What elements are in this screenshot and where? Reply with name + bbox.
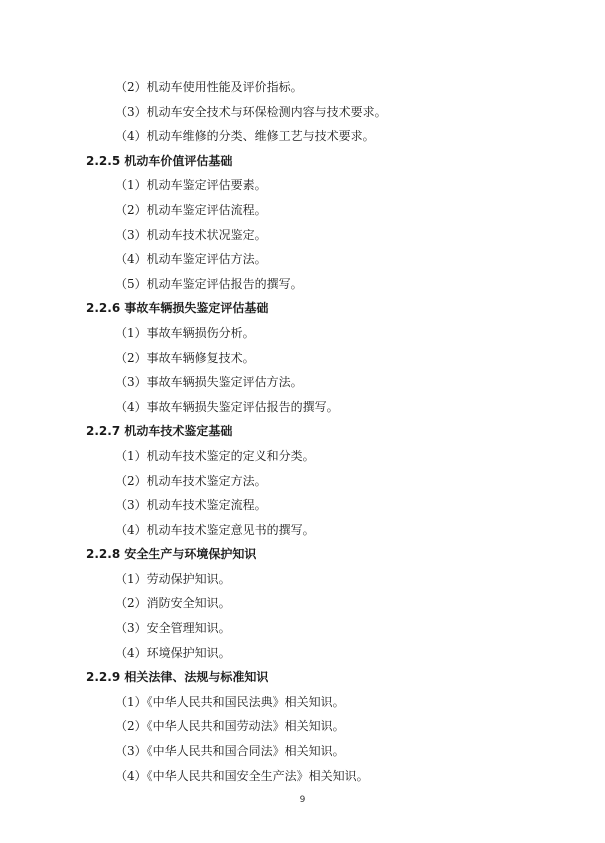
list-item: （1）机动车鉴定评估要素。 — [86, 173, 526, 198]
list-item: （4）机动车鉴定评估方法。 — [86, 247, 526, 272]
list-item: （3）机动车技术鉴定流程。 — [86, 493, 526, 518]
list-item: （3）安全管理知识。 — [86, 616, 526, 641]
list-item: （2）机动车使用性能及评价指标。 — [86, 75, 526, 100]
list-item: （2）消防安全知识。 — [86, 591, 526, 616]
section-heading-2-2-6: 2.2.6 事故车辆损失鉴定评估基础 — [86, 296, 526, 321]
page-number: 9 — [0, 795, 605, 805]
page-content: （2）机动车使用性能及评价指标。 （3）机动车安全技术与环保检测内容与技术要求。… — [86, 75, 526, 788]
list-item: （3）机动车安全技术与环保检测内容与技术要求。 — [86, 100, 526, 125]
section-heading-2-2-7: 2.2.7 机动车技术鉴定基础 — [86, 419, 526, 444]
list-item: （4）机动车技术鉴定意见书的撰写。 — [86, 518, 526, 543]
list-item: （2）机动车技术鉴定方法。 — [86, 469, 526, 494]
section-heading-2-2-9: 2.2.9 相关法律、法规与标准知识 — [86, 665, 526, 690]
list-item: （4）事故车辆损失鉴定评估报告的撰写。 — [86, 395, 526, 420]
list-item: （4）《中华人民共和国安全生产法》相关知识。 — [86, 764, 526, 789]
list-item: （3）事故车辆损失鉴定评估方法。 — [86, 370, 526, 395]
list-item: （1）《中华人民共和国民法典》相关知识。 — [86, 690, 526, 715]
list-item: （3）机动车技术状况鉴定。 — [86, 223, 526, 248]
list-item: （4）机动车维修的分类、维修工艺与技术要求。 — [86, 124, 526, 149]
list-item: （1）事故车辆损伤分析。 — [86, 321, 526, 346]
list-item: （5）机动车鉴定评估报告的撰写。 — [86, 272, 526, 297]
list-item: （2）事故车辆修复技术。 — [86, 346, 526, 371]
list-item: （1）机动车技术鉴定的定义和分类。 — [86, 444, 526, 469]
list-item: （2）机动车鉴定评估流程。 — [86, 198, 526, 223]
list-item: （3）《中华人民共和国合同法》相关知识。 — [86, 739, 526, 764]
list-item: （4）环境保护知识。 — [86, 641, 526, 666]
list-item: （1）劳动保护知识。 — [86, 567, 526, 592]
section-heading-2-2-8: 2.2.8 安全生产与环境保护知识 — [86, 542, 526, 567]
list-item: （2）《中华人民共和国劳动法》相关知识。 — [86, 714, 526, 739]
section-heading-2-2-5: 2.2.5 机动车价值评估基础 — [86, 149, 526, 174]
document-page: （2）机动车使用性能及评价指标。 （3）机动车安全技术与环保检测内容与技术要求。… — [0, 0, 605, 843]
